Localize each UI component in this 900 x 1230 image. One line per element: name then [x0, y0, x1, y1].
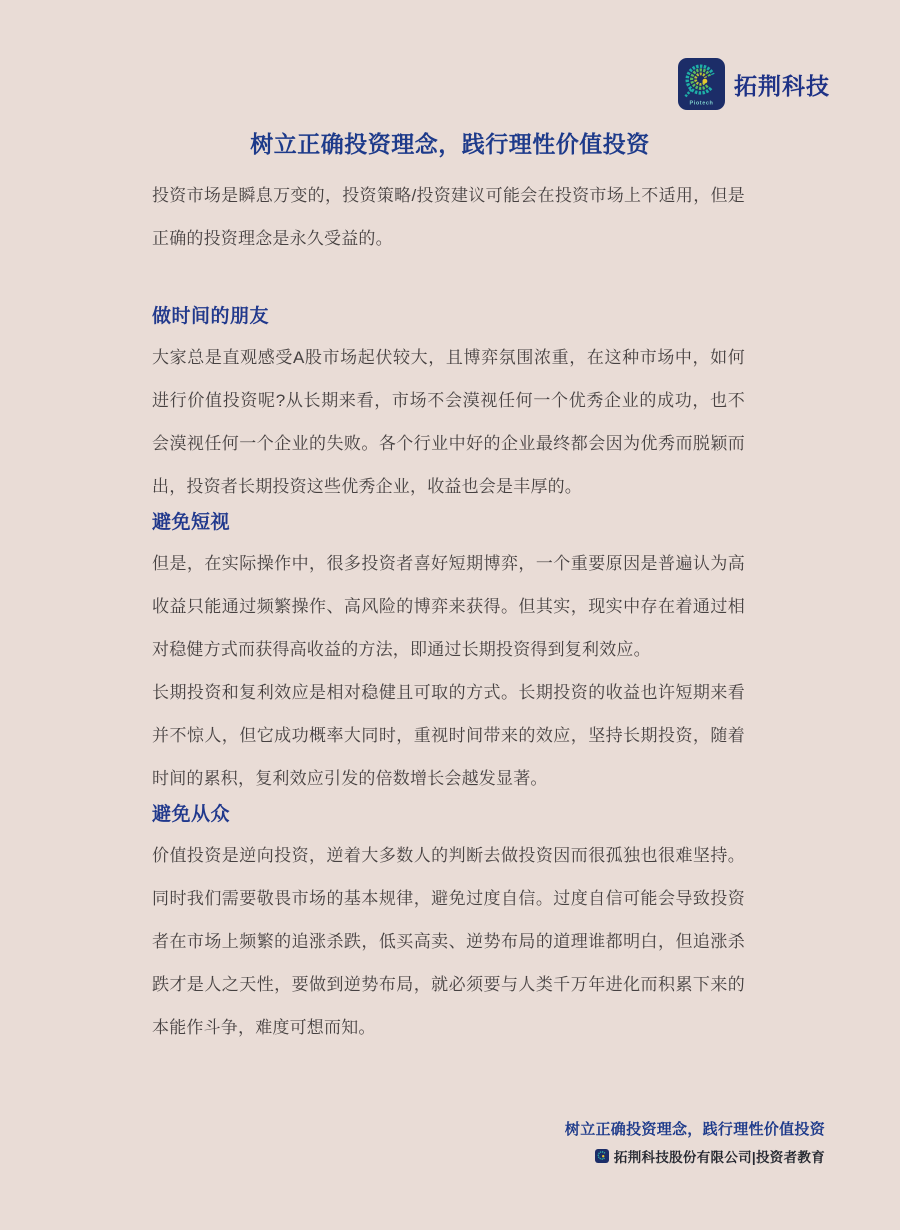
peacock-logo-icon: Piotech	[678, 58, 725, 110]
section-avoid-herding: 避免从众 价值投资是逆向投资，逆着大多数人的判断去做投资因而很孤独也很难坚持。同…	[152, 800, 745, 1049]
intro-paragraph: 投资市场是瞬息万变的，投资策略/投资建议可能会在投资市场上不适用，但是正确的投资…	[152, 174, 745, 260]
section-paragraph: 大家总是直观感受A股市场起伏较大，且博弈氛围浓重，在这种市场中，如何进行价值投资…	[152, 336, 745, 508]
section-time-friend: 做时间的朋友 大家总是直观感受A股市场起伏较大，且博弈氛围浓重，在这种市场中，如…	[152, 302, 745, 508]
document-page: Piotech 拓荆科技 树立正确投资理念，践行理性价值投资 投资市场是瞬息万变…	[0, 0, 900, 1230]
document-body: 投资市场是瞬息万变的，投资策略/投资建议可能会在投资市场上不适用，但是正确的投资…	[152, 174, 745, 1049]
section-heading: 做时间的朋友	[152, 302, 745, 332]
section-paragraph: 价值投资是逆向投资，逆着大多数人的判断去做投资因而很孤独也很难坚持。同时我们需要…	[152, 834, 745, 1049]
footer-company-row: 拓荆科技股份有限公司|投资者教育	[565, 1146, 825, 1166]
brand-wordmark: 拓荆科技	[734, 68, 830, 101]
logo-inner-text: Piotech	[689, 101, 713, 107]
section-heading: 避免从众	[152, 800, 745, 830]
brand-logo-group: Piotech 拓荆科技	[678, 58, 830, 110]
section-paragraph: 但是，在实际操作中，很多投资者喜好短期博弈，一个重要原因是普遍认为高收益只能通过…	[152, 542, 745, 671]
footer-logo-icon	[595, 1149, 609, 1163]
footer-slogan: 树立正确投资理念，践行理性价值投资	[565, 1118, 825, 1139]
page-title: 树立正确投资理念，践行理性价值投资	[0, 126, 900, 162]
footer-company-line: 拓荆科技股份有限公司|投资者教育	[614, 1146, 825, 1166]
section-heading: 避免短视	[152, 508, 745, 538]
page-footer: 树立正确投资理念，践行理性价值投资 拓荆科技股份有限公司|投资者教育	[565, 1118, 825, 1166]
section-paragraph: 长期投资和复利效应是相对稳健且可取的方式。长期投资的收益也许短期来看并不惊人，但…	[152, 671, 745, 800]
section-avoid-shortsight: 避免短视 但是，在实际操作中，很多投资者喜好短期博弈，一个重要原因是普遍认为高收…	[152, 508, 745, 800]
